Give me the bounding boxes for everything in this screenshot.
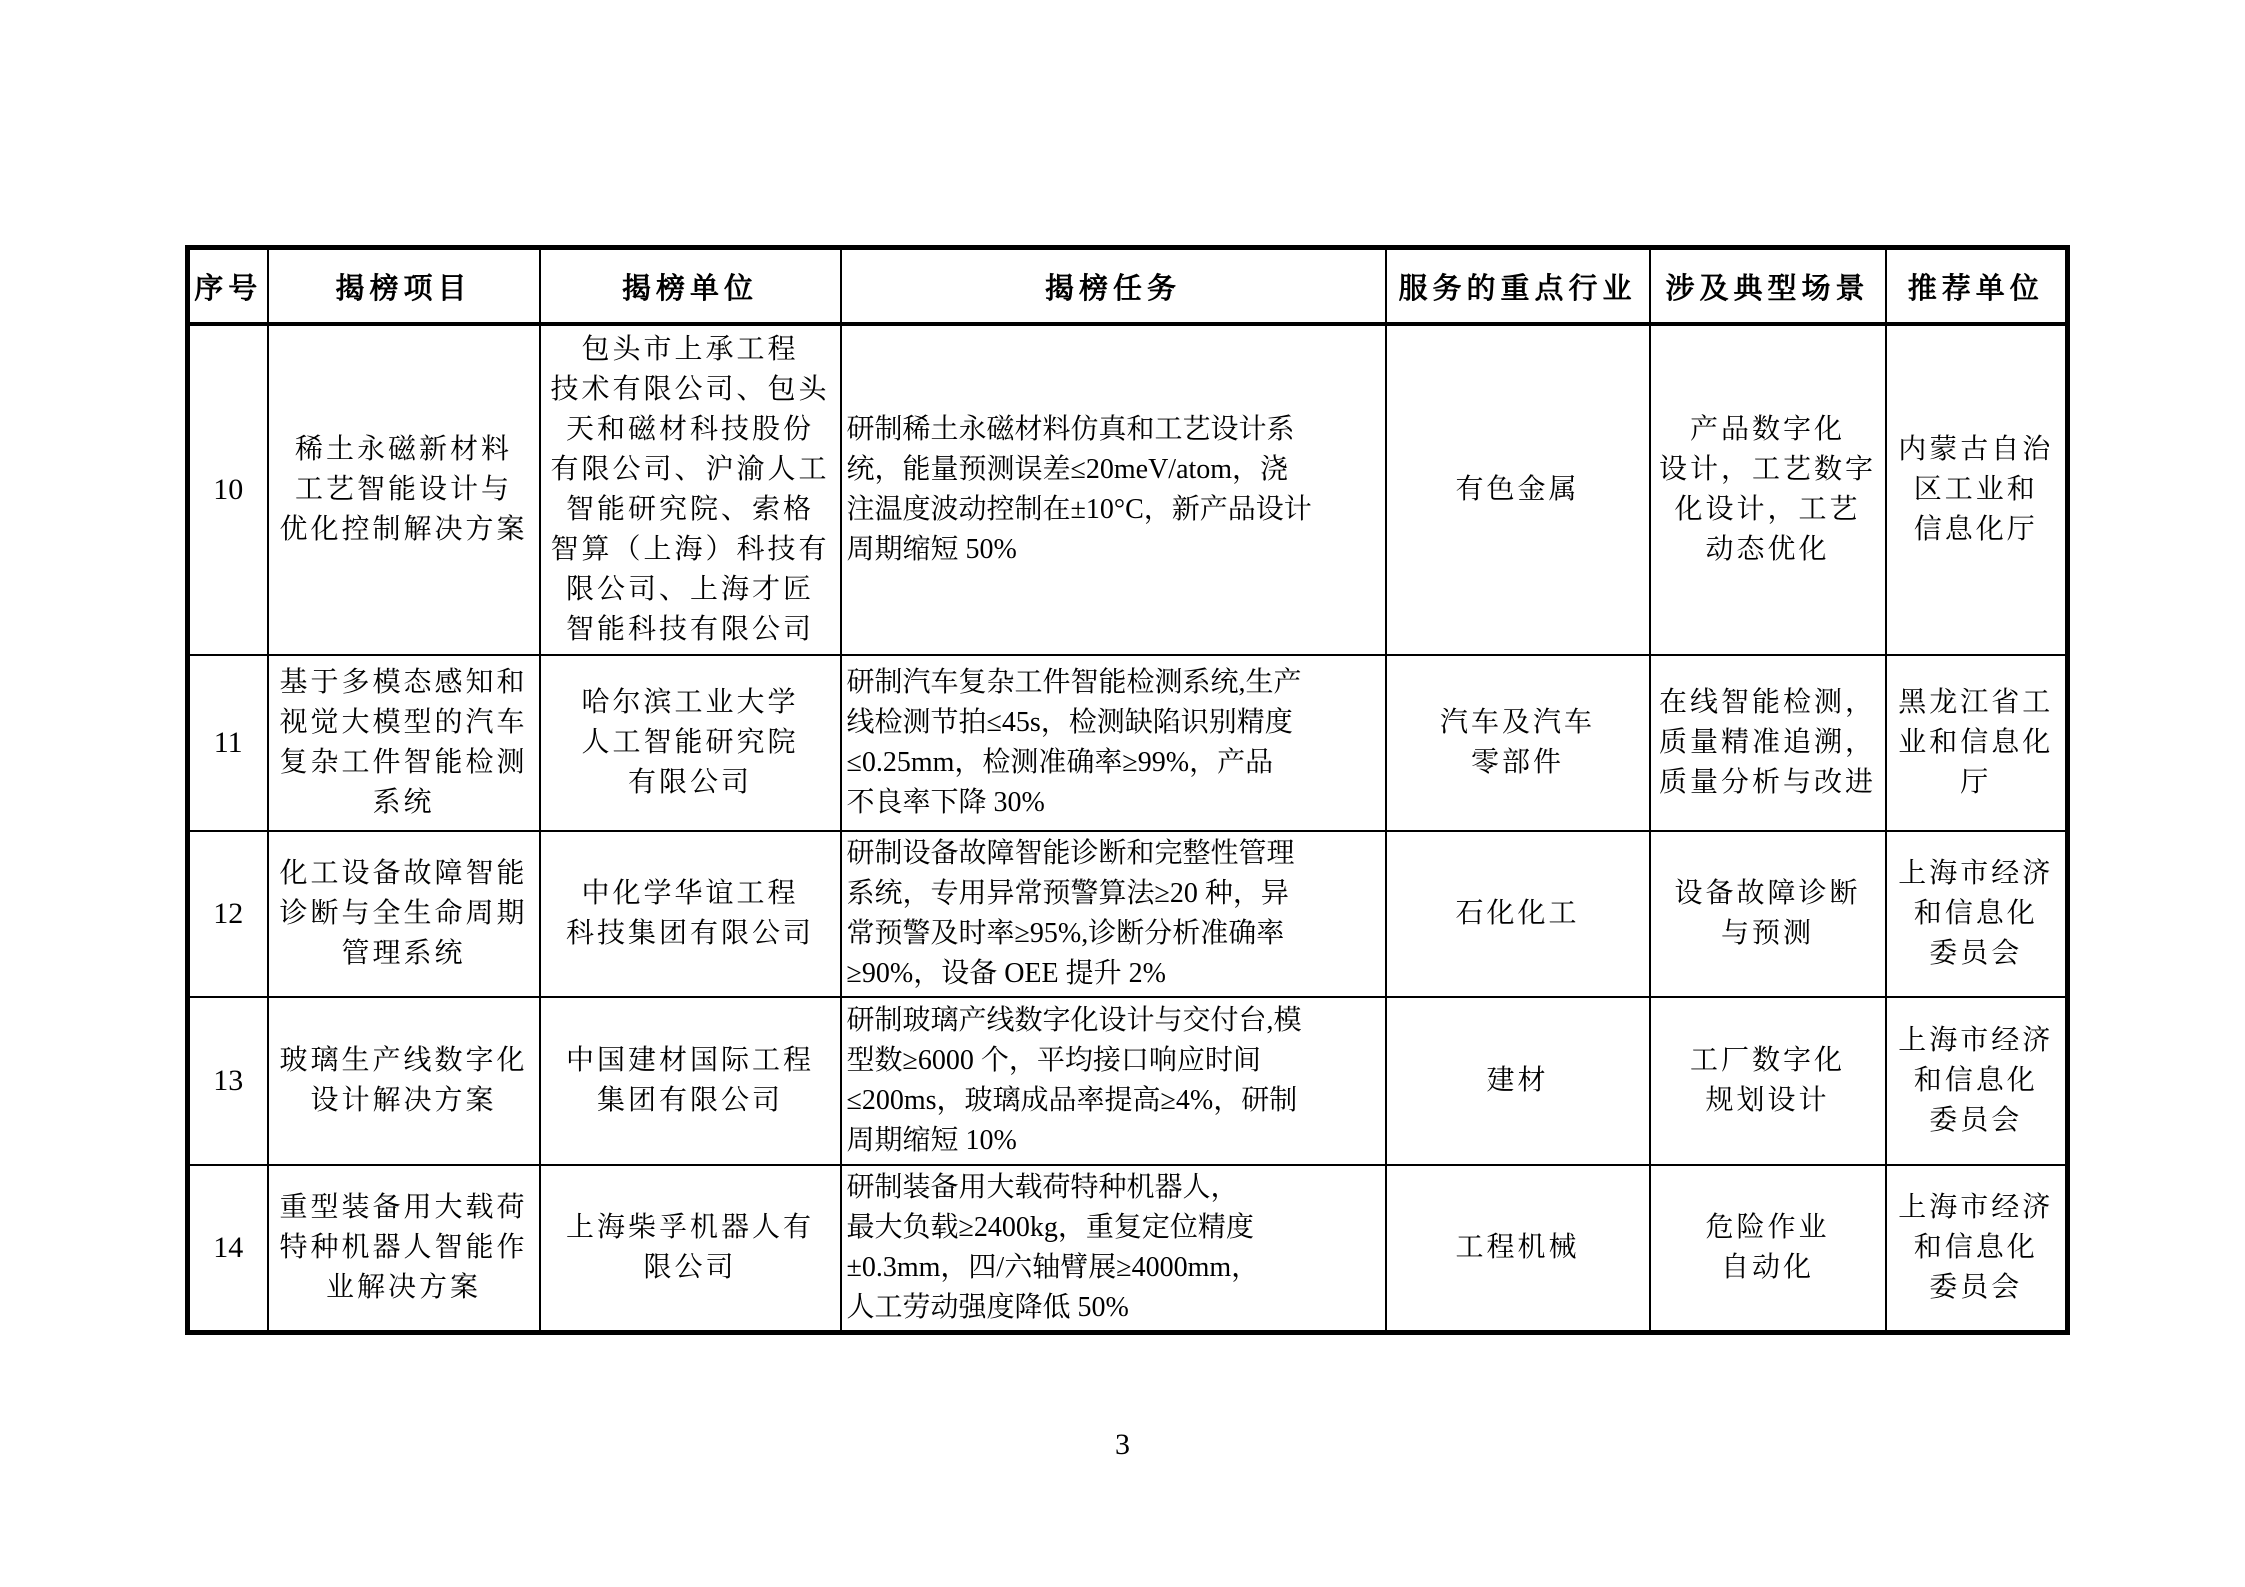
cell-task: 研制汽车复杂工件智能检测系统,生产 线检测节拍≤45s，检测缺陷识别精度 ≤0.… [841,655,1386,831]
cell-industry: 汽车及汽车 零部件 [1386,655,1650,831]
cell-recommender: 内蒙古自治 区工业和 信息化厅 [1886,324,2068,655]
col-header-unit: 揭榜单位 [540,248,841,325]
cell-unit: 包头市上承工程 技术有限公司、包头 天和磁材科技股份 有限公司、沪渝人工 智能研… [540,324,841,655]
cell-recommender: 上海市经济 和信息化 委员会 [1886,831,2068,997]
cell-recommender: 黑龙江省工 业和信息化 厅 [1886,655,2068,831]
table-header-row: 序号 揭榜项目 揭榜单位 揭榜任务 服务的重点行业 涉及典型场景 推荐单位 [188,248,2068,325]
cell-project: 基于多模态感知和 视觉大模型的汽车 复杂工件智能检测 系统 [268,655,540,831]
cell-industry: 石化化工 [1386,831,1650,997]
col-header-scenario: 涉及典型场景 [1650,248,1886,325]
col-header-recommender: 推荐单位 [1886,248,2068,325]
cell-industry: 有色金属 [1386,324,1650,655]
table-row: 13 玻璃生产线数字化 设计解决方案 中国建材国际工程 集团有限公司 研制玻璃产… [188,997,2068,1165]
col-header-task: 揭榜任务 [841,248,1386,325]
cell-seq: 13 [188,997,268,1165]
cell-unit: 哈尔滨工业大学 人工智能研究院 有限公司 [540,655,841,831]
cell-task: 研制设备故障智能诊断和完整性管理 系统，专用异常预警算法≥20 种，异 常预警及… [841,831,1386,997]
cell-project: 玻璃生产线数字化 设计解决方案 [268,997,540,1165]
cell-project: 重型装备用大载荷 特种机器人智能作 业解决方案 [268,1165,540,1333]
cell-seq: 14 [188,1165,268,1333]
cell-recommender: 上海市经济 和信息化 委员会 [1886,997,2068,1165]
page-number: 3 [0,1428,2245,1462]
cell-scenario: 工厂数字化 规划设计 [1650,997,1886,1165]
cell-task: 研制装备用大载荷特种机器人， 最大负载≥2400kg，重复定位精度 ±0.3mm… [841,1165,1386,1333]
cell-industry: 工程机械 [1386,1165,1650,1333]
cell-scenario: 设备故障诊断 与预测 [1650,831,1886,997]
cell-unit: 中化学华谊工程 科技集团有限公司 [540,831,841,997]
cell-task: 研制稀土永磁材料仿真和工艺设计系 统，能量预测误差≤20meV/atom，浇 注… [841,324,1386,655]
table-row: 11 基于多模态感知和 视觉大模型的汽车 复杂工件智能检测 系统 哈尔滨工业大学… [188,655,2068,831]
cell-seq: 11 [188,655,268,831]
cell-scenario: 危险作业 自动化 [1650,1165,1886,1333]
cell-task: 研制玻璃产线数字化设计与交付台,模 型数≥6000 个，平均接口响应时间 ≤20… [841,997,1386,1165]
cell-industry: 建材 [1386,997,1650,1165]
document-page: 序号 揭榜项目 揭榜单位 揭榜任务 服务的重点行业 涉及典型场景 推荐单位 10… [0,0,2245,1587]
col-header-industry: 服务的重点行业 [1386,248,1650,325]
cell-project: 稀土永磁新材料 工艺智能设计与 优化控制解决方案 [268,324,540,655]
cell-unit: 上海柴孚机器人有 限公司 [540,1165,841,1333]
col-header-seq: 序号 [188,248,268,325]
cell-seq: 10 [188,324,268,655]
cell-scenario: 在线智能检测， 质量精准追溯， 质量分析与改进 [1650,655,1886,831]
table-row: 10 稀土永磁新材料 工艺智能设计与 优化控制解决方案 包头市上承工程 技术有限… [188,324,2068,655]
cell-unit: 中国建材国际工程 集团有限公司 [540,997,841,1165]
table-row: 14 重型装备用大载荷 特种机器人智能作 业解决方案 上海柴孚机器人有 限公司 … [188,1165,2068,1333]
cell-scenario: 产品数字化 设计，工艺数字 化设计，工艺 动态优化 [1650,324,1886,655]
cell-project: 化工设备故障智能 诊断与全生命周期 管理系统 [268,831,540,997]
cell-seq: 12 [188,831,268,997]
cell-recommender: 上海市经济 和信息化 委员会 [1886,1165,2068,1333]
col-header-project: 揭榜项目 [268,248,540,325]
table-row: 12 化工设备故障智能 诊断与全生命周期 管理系统 中化学华谊工程 科技集团有限… [188,831,2068,997]
project-table: 序号 揭榜项目 揭榜单位 揭榜任务 服务的重点行业 涉及典型场景 推荐单位 10… [185,245,2070,1335]
